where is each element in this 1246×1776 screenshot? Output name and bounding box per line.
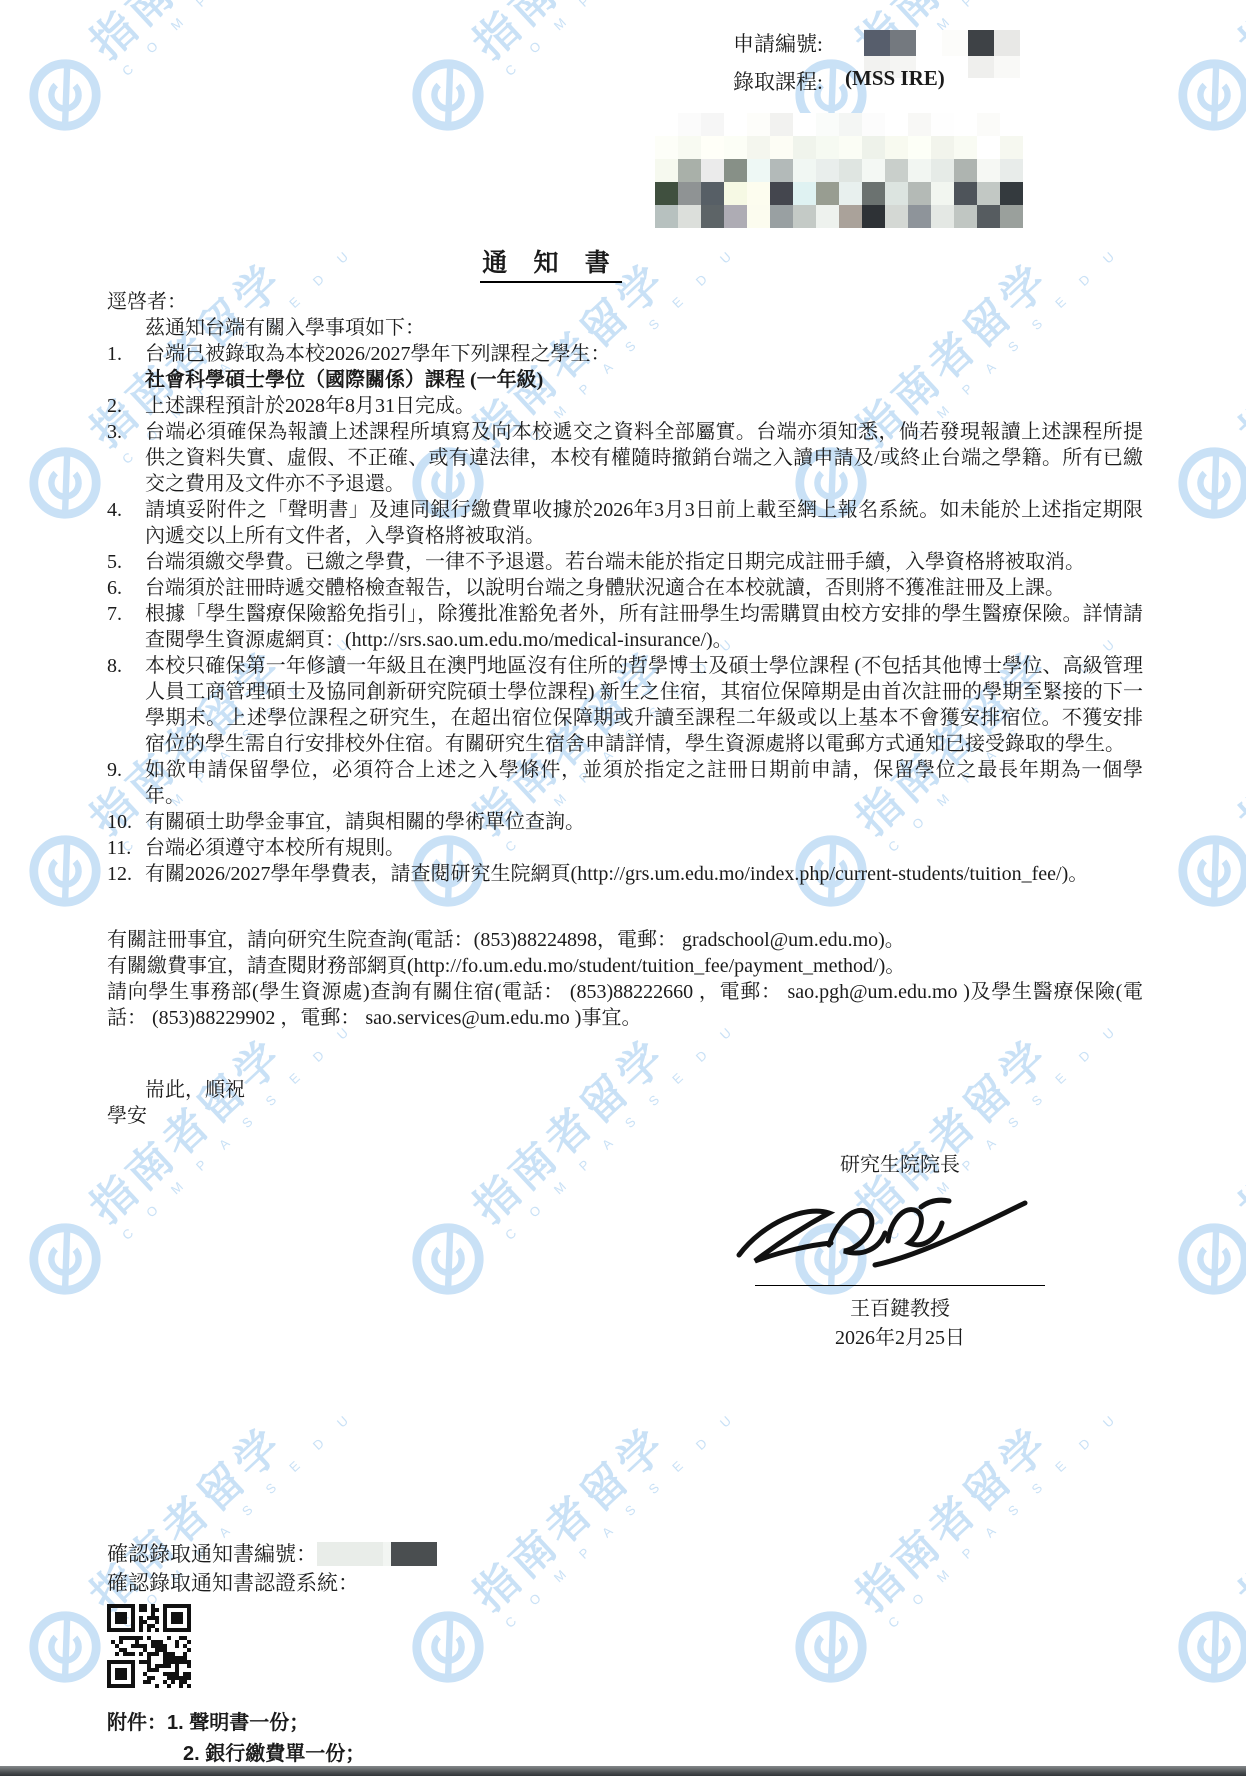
letter-date: 2026年2月25日 [690,1321,1110,1350]
signature-image [690,1191,1070,1289]
confirmation-number-label: 確認錄取通知書編號： [107,1542,317,1566]
notice-title: 通 知 書 [480,248,622,283]
intro-line: 茲通知台端有關入學事項如下： [107,315,1143,341]
notice-document-page: 指南者留学C O M P A S S E D U指南者留学C O M P A S… [0,0,1246,1776]
notice-item-text: 請填妥附件之「聲明書」及連同銀行繳費單收據於2026年3月3日前上載至網上報名系… [145,497,1143,549]
closing-line-2: 學安 [107,1103,1143,1129]
notice-item-text: 根據「學生醫療保險豁免指引」，除獲批准豁免者外，所有註冊學生均需購買由校方安排的… [145,601,1143,653]
notice-item: 1.台端已被錄取為本校2026/2027學年下列課程之學生：社會科學碩士學位（國… [107,341,1143,393]
notice-item-text: 如欲申請保留學位，必須符合上述之入學條件，並須於指定之註冊日期前申請，保留學位之… [145,757,1143,809]
contact-paragraph: 請向學生事務部(學生資源處)查詢有關住宿(電話： (853)88222660 ，… [107,979,1143,1031]
signer-title: 研究生院院長 [690,1148,1110,1177]
attachments-block: 附件： 1. 聲明書一份；2. 銀行繳費單一份； [107,1708,437,1770]
notice-item: 4.請填妥附件之「聲明書」及連同銀行繳費單收據於2026年3月3日前上載至網上報… [107,497,1143,549]
notice-item-number: 2. [107,393,145,419]
letter-body: 通 知 書 逕啓者： 茲通知台端有關入學事項如下： 1.台端已被錄取為本校202… [107,248,1143,1129]
notice-item: 5.台端須繳交學費。已繳之學費，一律不予退還。若台端未能於指定日期完成註冊手續，… [107,549,1143,575]
notice-item: 9.如欲申請保留學位，必須符合上述之入學條件，並須於指定之註冊日期前申請，保留學… [107,757,1143,809]
notice-item: 7.根據「學生醫療保險豁免指引」，除獲批准豁免者外，所有註冊學生均需購買由校方安… [107,601,1143,653]
contact-paragraph: 有關繳費事宜，請查閱財務部網頁(http://fo.um.edu.mo/stud… [107,953,1143,979]
notice-item: 10.有關碩士助學金事宜，請與相關的學術單位查詢。 [107,809,1143,835]
notice-item-text: 上述課程預計於2028年8月31日完成。 [145,393,1143,419]
notice-item-text: 台端必須遵守本校所有規則。 [145,835,1143,861]
notice-item: 11.台端必須遵守本校所有規則。 [107,835,1143,861]
notice-item-text: 有關碩士助學金事宜，請與相關的學術單位查詢。 [145,809,1143,835]
notice-item: 6.台端須於註冊時遞交體格檢查報告，以說明台端之身體狀況適合在本校就讀，否則將不… [107,575,1143,601]
confirmation-number-redacted [317,1542,383,1566]
notice-item-text: 台端須於註冊時遞交體格檢查報告，以說明台端之身體狀況適合在本校就讀，否則將不獲准… [145,575,1143,601]
notice-title-wrap: 通 知 書 [107,248,1143,283]
signature-block: 研究生院院長 王百鍵教授 2026年2月25日 [690,1148,1110,1350]
notice-item-text: 有關2026/2027學年學費表，請查閱研究生院網頁(http://grs.um… [145,861,1143,887]
footer-block: 確認錄取通知書編號： 確認錄取通知書認證系統： 附件： 1. 聲明書一份；2. … [107,1540,437,1770]
notice-item-text: 台端必須確保為報讀上述課程所填寫及向本校遞交之資料全部屬實。台端亦須知悉，倘若發… [145,419,1143,497]
notice-item-number: 7. [107,601,145,653]
notice-item-text: 台端須繳交學費。已繳之學費，一律不予退還。若台端未能於指定日期完成註冊手續，入學… [145,549,1143,575]
attachments-label: 附件： [107,1708,167,1770]
contact-paragraph: 有關註冊事宜，請向研究生院查詢(電話：(853)88224898，電郵： gra… [107,927,1143,953]
signer-name: 王百鍵教授 [690,1292,1110,1321]
attachment-line: 1. 聲明書一份； [167,1708,365,1739]
notice-item-number: 9. [107,757,145,809]
salutation: 逕啓者： [107,289,1143,315]
notice-item-number: 5. [107,549,145,575]
notice-item-number: 11. [107,835,145,861]
qr-code [107,1604,437,1696]
page-bottom-bar [0,1766,1246,1776]
notice-item: 2.上述課程預計於2028年8月31日完成。 [107,393,1143,419]
confirmation-number-line: 確認錄取通知書編號： [107,1540,437,1569]
application-number-label: 申請編號: [733,28,823,58]
notice-item-text: 台端已被錄取為本校2026/2027學年下列課程之學生：社會科學碩士學位（國際關… [145,341,1143,393]
admitted-program-label: 錄取課程: [733,66,823,96]
notice-item-number: 6. [107,575,145,601]
verification-system-line: 確認錄取通知書認證系統： [107,1569,437,1598]
closing-block: 耑此，順祝 學安 [107,1077,1143,1129]
notice-item-number: 12. [107,861,145,887]
notice-item-number: 3. [107,419,145,497]
notice-item: 8.本校只確保第一年修讀一年級且在澳門地區沒有住所的哲學博士及碩士學位課程 (不… [107,653,1143,757]
notice-item: 3.台端必須確保為報讀上述課程所填寫及向本校遞交之資料全部屬實。台端亦須知悉，倘… [107,419,1143,497]
notice-item-number: 4. [107,497,145,549]
contact-block: 有關註冊事宜，請向研究生院查詢(電話：(853)88224898，電郵： gra… [107,927,1143,1031]
notice-list: 1.台端已被錄取為本校2026/2027學年下列課程之學生：社會科學碩士學位（國… [107,341,1143,887]
admitted-program-value: (MSS IRE) [845,66,945,91]
notice-item-number: 10. [107,809,145,835]
notice-item: 12.有關2026/2027學年學費表，請查閱研究生院網頁(http://grs… [107,861,1143,887]
notice-item-bold-line: 社會科學碩士學位（國際關係）課程 (一年級) [145,367,1143,393]
notice-item-text: 本校只確保第一年修讀一年級且在澳門地區沒有住所的哲學博士及碩士學位課程 (不包括… [145,653,1143,757]
notice-item-number: 8. [107,653,145,757]
notice-item-number: 1. [107,341,145,393]
closing-line-1: 耑此，順祝 [107,1077,1143,1103]
